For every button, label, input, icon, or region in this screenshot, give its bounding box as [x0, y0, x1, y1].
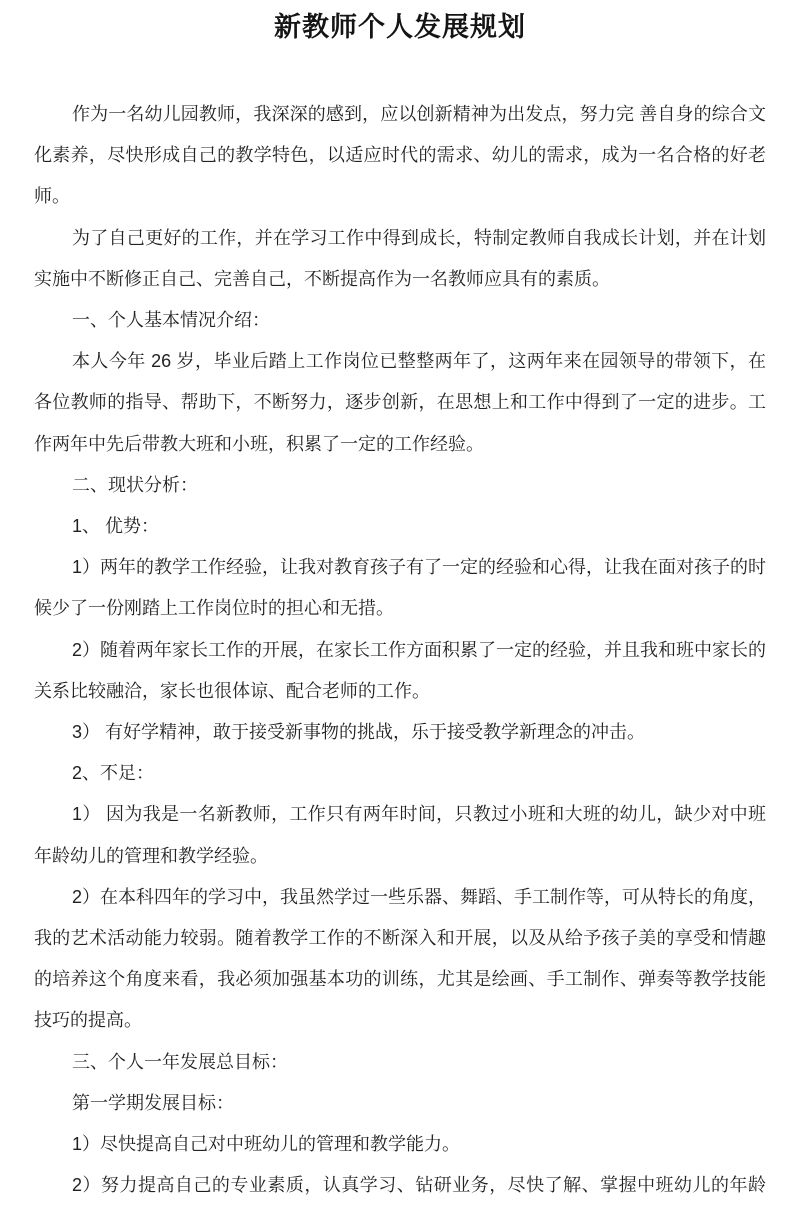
document-paragraph: 作为一名幼儿园教师，我深深的感到，应以创新精神为出发点，努力完 善自身的综合文化…: [34, 94, 766, 218]
list-item: 1）两年的教学工作经验，让我对教育孩子有了一定的经验和心得，让我在面对孩子的时候…: [34, 547, 766, 629]
section-heading-2: 二、现状分析：: [34, 465, 766, 506]
list-item: 2）在本科四年的学习中，我虽然学过一些乐器、舞蹈、手工制作等，可从特长的角度，我…: [34, 877, 766, 1042]
list-item: 1） 因为我是一名新教师，工作只有两年时间，只教过小班和大班的幼儿，缺少对中班年…: [34, 794, 766, 876]
list-item: 3） 有好学精神，敢于接受新事物的挑战，乐于接受教学新理念的冲击。: [34, 712, 766, 753]
document-title: 新教师个人发展规划: [34, 5, 766, 49]
list-item: 1）尽快提高自己对中班幼儿的管理和教学能力。: [34, 1124, 766, 1165]
section-heading-3: 三、个人一年发展总目标：: [34, 1042, 766, 1083]
subsection-heading-semester-goals: 第一学期发展目标：: [34, 1083, 766, 1124]
section-heading-1: 一、个人基本情况介绍：: [34, 300, 766, 341]
subsection-heading-advantages: 1、 优势：: [34, 506, 766, 547]
document-paragraph: 为了自己更好的工作，并在学习工作中得到成长，特制定教师自我成长计划，并在计划实施…: [34, 218, 766, 300]
list-item: 2）随着两年家长工作的开展，在家长工作方面积累了一定的经验，并且我和班中家长的关…: [34, 630, 766, 712]
list-item-truncated: 2）努力提高自己的专业素质，认真学习、钻研业务，尽快了解、掌握中班幼儿的年龄: [34, 1165, 766, 1206]
subsection-heading-weaknesses: 2、不足：: [34, 753, 766, 794]
document-paragraph: 本人今年 26 岁，毕业后踏上工作岗位已整整两年了，这两年来在园领导的带领下，在…: [34, 341, 766, 465]
document-page: 新教师个人发展规划 作为一名幼儿园教师，我深深的感到，应以创新精神为出发点，努力…: [0, 0, 800, 1224]
